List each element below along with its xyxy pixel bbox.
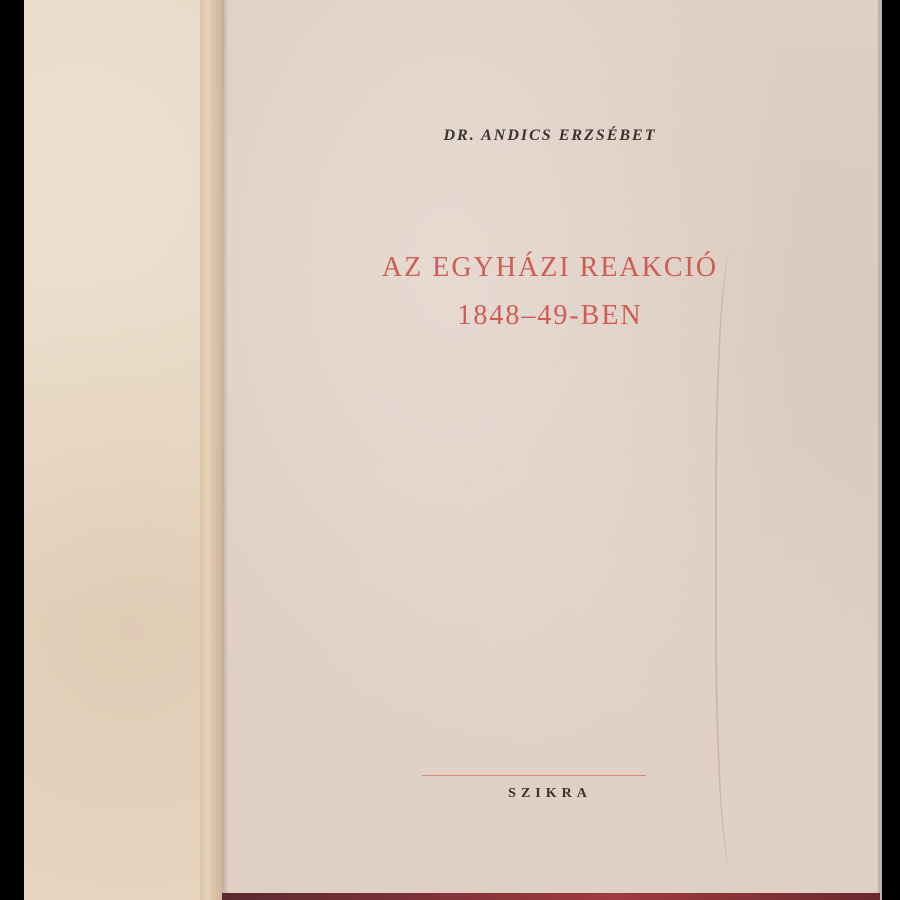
publisher-rule bbox=[422, 775, 646, 776]
book-title-line-1: AZ EGYHÁZI REAKCIÓ bbox=[222, 252, 878, 284]
page-edge-right bbox=[878, 0, 882, 900]
book-title-line-2: 1848–49-BEN bbox=[222, 300, 878, 332]
book-gutter bbox=[200, 0, 222, 900]
cover-edge-bottom bbox=[222, 893, 880, 900]
water-stain bbox=[715, 250, 757, 870]
author-name: DR. ANDICS ERZSÉBET bbox=[222, 127, 878, 145]
publisher-name: SZIKRA bbox=[222, 786, 878, 802]
endpaper-left-page bbox=[24, 0, 202, 900]
